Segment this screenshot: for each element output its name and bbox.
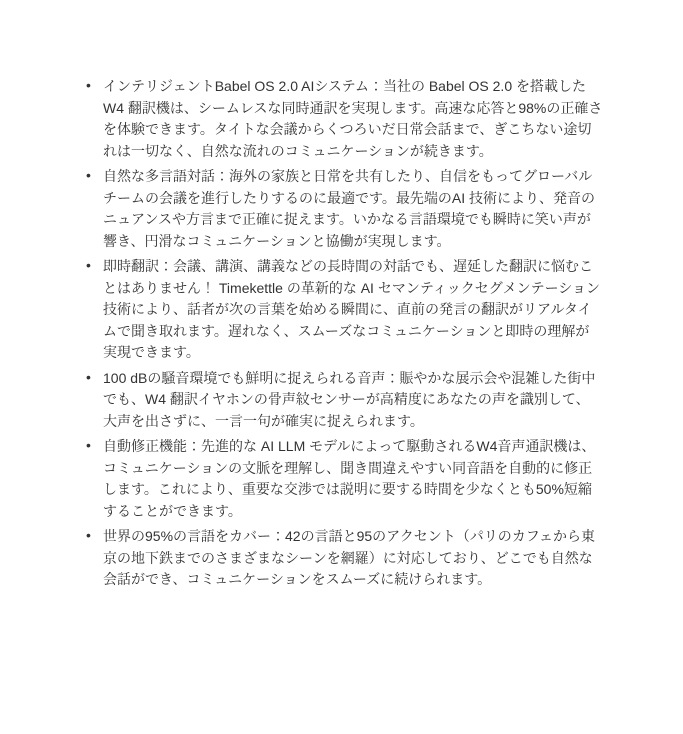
list-item: 世界の95%の言語をカバー：42の言語と95のアクセント（パリのカフェから東京の…	[85, 526, 603, 591]
bullet-text: 即時翻訳：会議、講演、講義などの長時間の対話でも、遅延した翻訳に悩むことはありま…	[103, 258, 600, 360]
list-item: 即時翻訳：会議、講演、講義などの長時間の対話でも、遅延した翻訳に悩むことはありま…	[85, 256, 603, 364]
list-item: 自動修正機能：先進的な AI LLM モデルによって駆動されるW4音声通訳機は、…	[85, 436, 603, 522]
bullet-text: 100 dBの騒音環境でも鮮明に捉えられる音声：賑やかな展示会や混雑した街中でも…	[103, 370, 595, 429]
list-item: インテリジェントBabel OS 2.0 AIシステム：当社の Babel OS…	[85, 76, 603, 162]
product-feature-section: インテリジェントBabel OS 2.0 AIシステム：当社の Babel OS…	[85, 76, 603, 595]
bullet-text: 自然な多言語対話：海外の家族と日常を共有したり、自信をもってグローバルチームの会…	[103, 168, 595, 249]
bullet-text: 自動修正機能：先進的な AI LLM モデルによって駆動されるW4音声通訳機は、…	[103, 438, 595, 519]
feature-bullet-list: インテリジェントBabel OS 2.0 AIシステム：当社の Babel OS…	[85, 76, 603, 591]
list-item: 自然な多言語対話：海外の家族と日常を共有したり、自信をもってグローバルチームの会…	[85, 166, 603, 252]
bullet-text: 世界の95%の言語をカバー：42の言語と95のアクセント（パリのカフェから東京の…	[103, 528, 595, 587]
list-item: 100 dBの騒音環境でも鮮明に捉えられる音声：賑やかな展示会や混雑した街中でも…	[85, 368, 603, 433]
bullet-text: インテリジェントBabel OS 2.0 AIシステム：当社の Babel OS…	[103, 78, 602, 159]
